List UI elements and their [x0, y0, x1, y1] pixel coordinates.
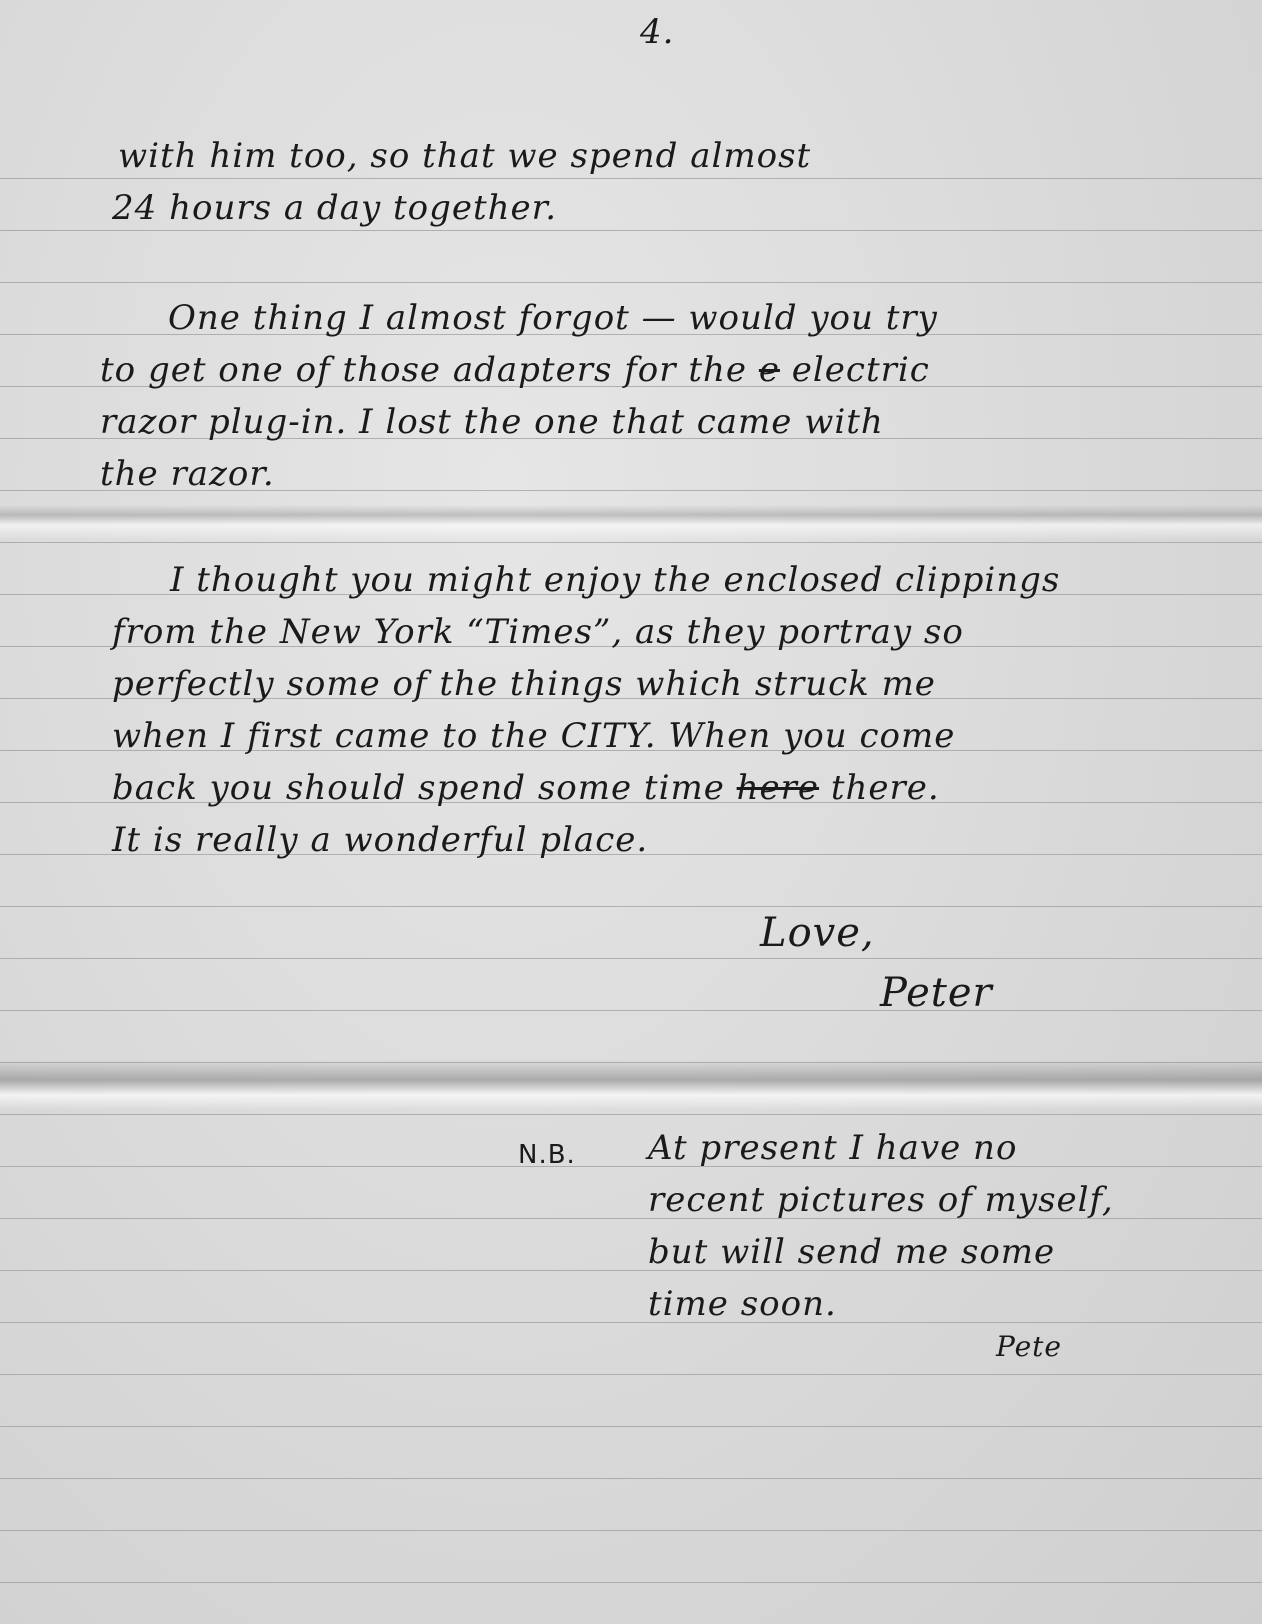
ruled-line: [0, 1374, 1262, 1375]
paragraph-3-line-5: back you should spend some time here the…: [112, 768, 940, 808]
postscript-line-3: but will send me some: [648, 1232, 1055, 1272]
paragraph-1-line-2: 24 hours a day together.: [112, 188, 557, 228]
postscript-label: N.B.: [518, 1140, 576, 1170]
paragraph-2-line-2-end: electric: [792, 350, 930, 390]
ruled-line: [0, 282, 1262, 283]
ruled-line: [0, 1426, 1262, 1427]
paragraph-3-line-1: I thought you might enjoy the enclosed c…: [170, 560, 1060, 600]
ruled-line: [0, 1270, 1262, 1271]
postscript-line-4: time soon.: [648, 1284, 837, 1324]
ruled-line: [0, 1582, 1262, 1583]
paragraph-2-line-1: One thing I almost forgot — would you tr…: [168, 298, 938, 338]
ruled-line: [0, 1478, 1262, 1479]
paragraph-3-line-5-end: there.: [831, 768, 940, 808]
ruled-line: [0, 1010, 1262, 1011]
paragraph-1-line-1: with him too, so that we spend almost: [118, 136, 811, 176]
ruled-line: [0, 1322, 1262, 1323]
paragraph-2-line-2-text: to get one of those adapters for the: [100, 350, 747, 390]
ruled-line: [0, 958, 1262, 959]
postscript-line-2: recent pictures of myself,: [648, 1180, 1114, 1220]
paragraph-3-line-3: perfectly some of the things which struc…: [112, 664, 936, 704]
ruled-line: [0, 542, 1262, 543]
signature: Peter: [880, 970, 993, 1016]
page-number: 4.: [640, 12, 674, 52]
closing: Love,: [760, 910, 875, 956]
paragraph-3-line-5-text: back you should spend some time: [112, 768, 725, 808]
ruled-line: [0, 1114, 1262, 1115]
ruled-line: [0, 178, 1262, 179]
postscript-signature: Pete: [996, 1330, 1062, 1363]
letter-page: 4. with him too, so that we spend almost…: [0, 0, 1262, 1624]
ruled-line: [0, 1530, 1262, 1531]
paragraph-2-line-2: to get one of those adapters for the e e…: [100, 350, 930, 390]
ruled-line: [0, 230, 1262, 231]
paragraph-3-line-2: from the New York “Times”, as they portr…: [112, 612, 964, 652]
ruled-line: [0, 906, 1262, 907]
struck-word: e: [759, 350, 780, 390]
paragraph-2-line-3: razor plug-in. I lost the one that came …: [100, 402, 884, 442]
struck-word: here: [737, 768, 819, 808]
ruled-line: [0, 1062, 1262, 1063]
paragraph-2-line-4: the razor.: [100, 454, 275, 494]
postscript-line-1: At present I have no: [648, 1128, 1017, 1168]
ruled-line: [0, 1166, 1262, 1167]
paragraph-3-line-4: when I first came to the CITY. When you …: [112, 716, 955, 756]
paragraph-3-line-6: It is really a wonderful place.: [112, 820, 648, 860]
